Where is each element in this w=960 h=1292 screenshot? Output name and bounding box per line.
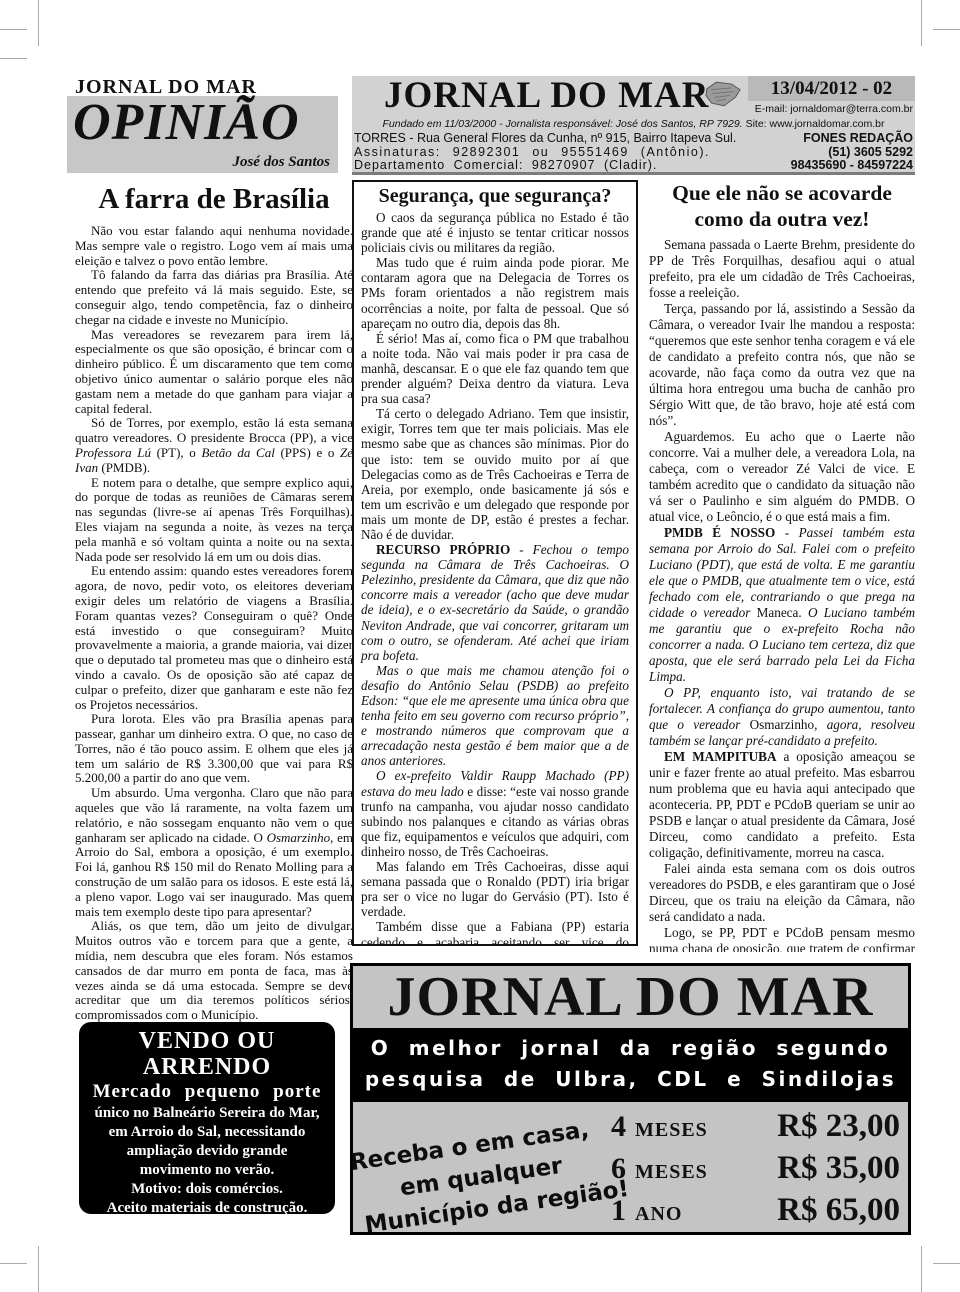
article-left: A farra de Brasília Não vou estar faland… [75,183,353,1023]
classified-ad-line: Aceito materiais de construção. [83,1199,331,1214]
classified-ad-title: VENDO OU ARRENDO [83,1028,331,1080]
crop-mark [38,1246,39,1292]
price-value: R$ 35,00 [777,1150,900,1187]
article-right-title: Que ele não se acovarde como da outra ve… [649,180,915,232]
classified-ad-subtitle: Mercado pequeno porte [83,1080,331,1104]
fones-label: FONES REDAÇÃO [803,132,913,145]
paragraph: Só de Torres, por exemplo, estão lá esta… [75,416,353,475]
price-qty: 1 [598,1194,626,1228]
article-middle-title: Segurança, que segurança? [361,185,629,208]
classified-ad-line: Motivo: dois comércios. [83,1180,331,1199]
paragraph: Mas tudo que é ruim ainda pode piorar. M… [361,255,629,330]
newspaper-page: JORNAL DO MAR OPINIÃO José dos Santos JO… [0,0,960,1292]
price-qty: 6 [598,1152,626,1186]
crop-mark [0,1263,27,1264]
paragraph: Terça, passando por lá, assistindo a Ses… [649,301,915,429]
paragraph: Tá certo o delegado Adriano. Tem que ins… [361,406,629,542]
masthead: JORNAL DO MAR 13/04/2012 - 02 E-mail: jo… [352,76,915,175]
paragraph: É sério! Mas aí, como fica o PM que trab… [361,331,629,406]
crop-mark [921,0,922,46]
paragraph: PMDB É NOSSO - Passei também esta semana… [649,525,915,685]
site-text: Site: www.jornaldomar.com.br [746,118,885,130]
article-middle-body: O caos da segurança pública no Estado é … [361,210,629,946]
paragraph: Logo, se PP, PDT e PCdoB pensam mesmo nu… [649,925,915,952]
price-row: 6 MESES R$ 35,00 [598,1150,900,1187]
classified-ad-line: ampliação devido grande [83,1142,331,1161]
price-value: R$ 23,00 [777,1108,900,1145]
paragraph: Eu entendo assim: quando estes vereadore… [75,564,353,712]
paragraph: Tô falando da farra das diárias pra Bras… [75,268,353,327]
date-issue-badge: 13/04/2012 - 02 [748,76,915,101]
section-header-box: OPINIÃO José dos Santos [67,96,338,173]
price-row: 4 MESES R$ 23,00 [598,1108,900,1145]
classified-ad-vendo: VENDO OU ARRENDO Mercado pequeno porte ú… [79,1022,335,1214]
paragraph: Pura lorota. Eles vão pra Brasília apena… [75,712,353,786]
paragraph: Falei ainda esta semana com os dois outr… [649,861,915,925]
paragraph: Semana passada o Laerte Brehm, president… [649,237,915,301]
crop-mark [933,1263,960,1264]
columnist-byline: José dos Santos [232,154,330,171]
paragraph: RECURSO PRÓPRIO - Fechou o tempo segunda… [361,542,629,663]
crop-mark [38,0,39,46]
price-row: 1 ANO R$ 65,00 [598,1192,900,1229]
classified-ad-line: único no Balneário Sereira do Mar, [83,1104,331,1123]
paragraph: Não vou estar falando aqui nenhuma novid… [75,224,353,268]
tagline-line: O melhor jornal da região segundo [353,1033,908,1064]
subscription-ad-title: JORNAL DO MAR [353,966,908,1028]
paragraph: Mas vereadores se revezarem para irem lá… [75,328,353,417]
paragraph: Mas falando em Três Cachoeiras, disse aq… [361,859,629,919]
article-left-title: A farra de Brasília [75,183,353,216]
paragraph: Um absurdo. Uma vergonha. Claro que não … [75,786,353,919]
subscription-ad: JORNAL DO MAR O melhor jornal da região … [350,963,911,1235]
paragraph: Mas o que mais me chamou atenção foi o d… [361,663,629,769]
paragraph: E notem para o detalhe, que sempre expli… [75,476,353,565]
subscription-ad-bottom: Receba o em casa, em qualquer Município … [353,1102,908,1232]
other-phones: 98435690 - 84597224 [791,159,913,172]
commercial-text: Departamento Comercial: 98270907 (Cladir… [354,159,657,172]
paragraph: O caos da segurança pública no Estado é … [361,210,629,255]
masthead-address-row: TORRES - Rua General Flores da Cunha, nº… [354,132,913,145]
crop-mark [921,1246,922,1292]
rs-map-icon [704,80,742,109]
article-right-body: Semana passada o Laerte Brehm, president… [649,237,915,952]
masthead-title: JORNAL DO MAR [384,74,709,117]
paragraph: O PP, enquanto isto, vai tratando de se … [649,685,915,749]
masthead-founded-line: Fundado em 11/03/2000 - Jornalista respo… [352,118,915,130]
price-unit: MESES [635,1119,708,1142]
paragraph: Também disse que a Fabiana (PP) estaria … [361,919,629,946]
price-unit: ANO [635,1203,682,1226]
price-unit: MESES [635,1161,708,1184]
tagline-line: pesquisa de Ulbra, CDL e Sindilojas [353,1064,908,1095]
masthead-commercial-row: Departamento Comercial: 98270907 (Cladir… [354,159,913,172]
masthead-address: TORRES - Rua General Flores da Cunha, nº… [354,132,736,145]
paragraph: O ex-prefeito Valdir Raupp Machado (PP) … [361,768,629,859]
article-right: Que ele não se acovarde como da outra ve… [649,180,915,952]
classified-ad-line: em Arroio do Sal, necessitando [83,1123,331,1142]
article-left-body: Não vou estar falando aqui nenhuma novid… [75,224,353,1023]
price-list: 4 MESES R$ 23,00 6 MESES R$ 35,00 1 ANO … [598,1108,900,1234]
section-title: OPINIÃO [67,96,338,150]
article-middle: Segurança, que segurança? O caos da segu… [352,180,638,946]
crop-mark [933,29,960,30]
classified-ad-line: movimento no verão. [83,1161,331,1180]
masthead-email: E-mail: jornaldomar@terra.com.br [755,103,913,115]
subscription-ad-tagline: O melhor jornal da região segundo pesqui… [353,1028,908,1102]
crop-mark [0,58,27,59]
founded-text: Fundado em 11/03/2000 - Jornalista respo… [383,118,743,130]
price-qty: 4 [598,1110,626,1144]
paragraph: EM MAMPITUBA a oposição ameaçou se unir … [649,749,915,861]
paragraph: Aliás, os que tem, dão um jeito de divul… [75,919,353,1023]
price-value: R$ 65,00 [777,1192,900,1229]
crop-mark [0,29,27,30]
paragraph: Aguardemos. Eu acho que o Laerte não con… [649,429,915,525]
